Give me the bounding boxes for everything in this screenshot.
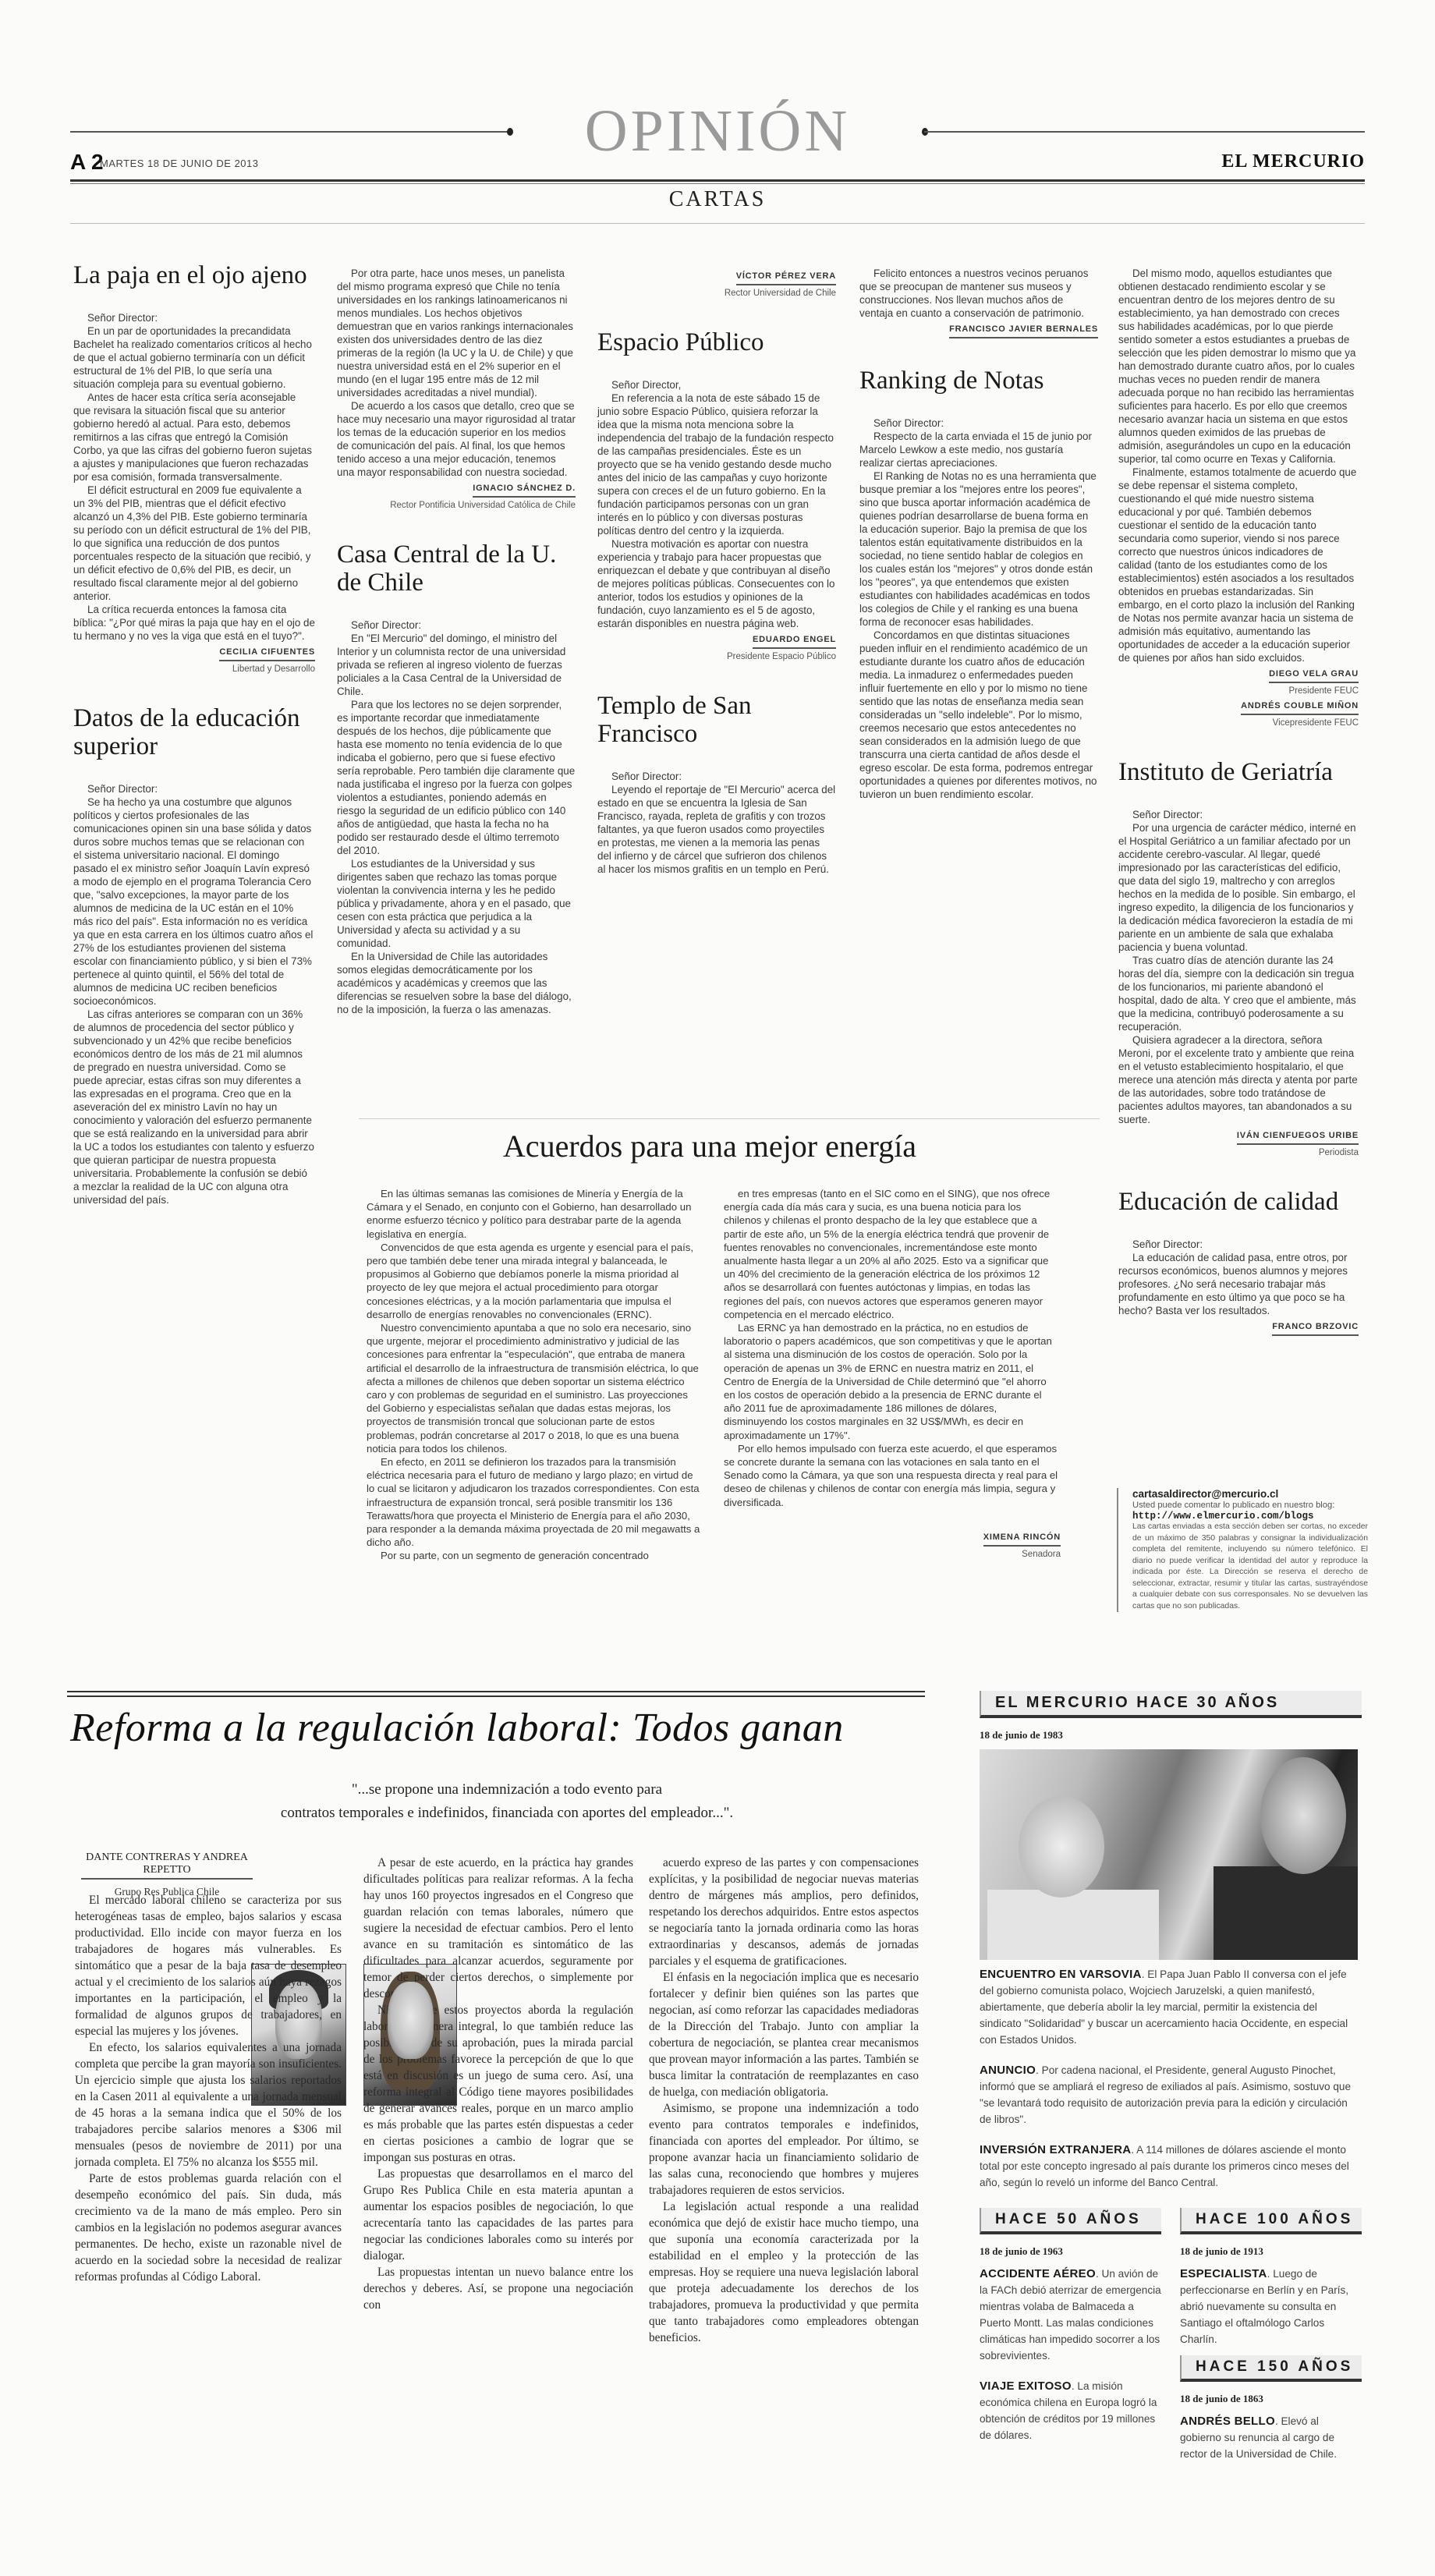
history-date: 18 de junio de 1863 bbox=[1180, 2393, 1362, 2405]
editorial-column-1: En las últimas semanas las comisiones de… bbox=[367, 1187, 702, 1563]
letter-templo-cont: Felicito entonces a nuestros vecinos per… bbox=[859, 267, 1098, 338]
author-name: FRANCISCO JAVIER BERNALES bbox=[949, 323, 1098, 338]
letter-ranking-cont: Del mismo modo, aquellos estudiantes que… bbox=[1118, 267, 1359, 730]
letter-salutation: Señor Director: bbox=[1118, 808, 1359, 821]
photo-figure-general bbox=[1260, 1757, 1346, 1874]
letter-casa: Casa Central de la U. de Chile Señor Dir… bbox=[337, 540, 576, 1016]
photo-figure-pope bbox=[1019, 1796, 1104, 1897]
labor-column-3: acuerdo expreso de las partes y con comp… bbox=[649, 1855, 919, 2346]
history-keyword: ANDRÉS BELLO bbox=[1180, 2415, 1275, 2428]
labor-column-1: El mercado laboral chileno se caracteriz… bbox=[75, 1892, 342, 2285]
author-name: FRANCO BRZOVIC bbox=[1272, 1320, 1359, 1336]
letter-paragraph: El Ranking de Notas no es una herramient… bbox=[859, 469, 1098, 629]
letter-paragraph: Respecto de la carta enviada el 15 de ju… bbox=[859, 430, 1098, 469]
editorial-paragraph: Nuestro convencimiento apuntaba a que no… bbox=[367, 1321, 702, 1455]
pull-quote-line: contratos temporales e indefinidos, fina… bbox=[117, 1802, 897, 1825]
letter-paragraph: Del mismo modo, aquellos estudiantes que… bbox=[1118, 267, 1359, 466]
history-keyword: ESPECIALISTA bbox=[1180, 2267, 1267, 2280]
author-name: DIEGO VELA GRAU bbox=[1269, 668, 1359, 683]
masthead-bottom-rule bbox=[70, 223, 1365, 224]
masthead: OPINIÓN A 2 MARTES 18 DE JUNIO DE 2013 E… bbox=[70, 94, 1365, 226]
labor-pull-quote: "...se propone una indemnización a todo … bbox=[117, 1778, 897, 1825]
labor-headline: Reforma a la regulación laboral: Todos g… bbox=[70, 1705, 928, 1751]
letter-paragraph: Para que los lectores no se dejen sorpre… bbox=[337, 698, 576, 857]
letter-salutation: Señor Director: bbox=[1118, 1238, 1359, 1251]
history-text: . Un avión de la FACh debió aterrizar de… bbox=[980, 2268, 1161, 2362]
history-item: ENCUENTRO EN VARSOVIA. El Papa Juan Pabl… bbox=[980, 1966, 1362, 2048]
history-text: . Por cadena nacional, el Presidente, ge… bbox=[980, 2064, 1351, 2125]
contact-email-link[interactable]: cartasaldirector@mercurio.cl bbox=[1132, 1488, 1368, 1500]
letter-headline: Datos de la educación superior bbox=[73, 704, 315, 760]
author-name: EDUARDO ENGEL bbox=[753, 633, 836, 649]
labor-paragraph: Parte de estos problemas guarda relación… bbox=[75, 2170, 342, 2285]
letter-paragraph: Por una urgencia de carácter médico, int… bbox=[1118, 821, 1359, 954]
letter-paragraph: Tras cuatro días de atención durante las… bbox=[1118, 954, 1359, 1033]
editorial-paragraph: En las últimas semanas las comisiones de… bbox=[367, 1187, 702, 1241]
history-keyword: ENCUENTRO EN VARSOVIA bbox=[980, 1968, 1142, 1981]
letter-signature: IGNACIO SÁNCHEZ D. Rector Pontificia Uni… bbox=[337, 480, 576, 512]
author-role: Presidente Espacio Público bbox=[597, 650, 836, 664]
labor-paragraph: Las propuestas que desarrollamos en el m… bbox=[363, 2166, 633, 2264]
history-item: VIAJE EXITOSO. La misión económica chile… bbox=[980, 2378, 1161, 2443]
author-name: CECILIA CIFUENTES bbox=[219, 646, 315, 661]
letter-paragraph: En referencia a la nota de este sábado 1… bbox=[597, 392, 836, 537]
letter-paragraph: Leyendo el reportaje de "El Mercurio" ac… bbox=[597, 783, 836, 876]
letter-paragraph: Antes de hacer esta crítica sería aconse… bbox=[73, 391, 315, 484]
editorial-paragraph: Las ERNC ya han demostrado en la práctic… bbox=[724, 1321, 1061, 1442]
letter-paragraph: El déficit estructural en 2009 fue equiv… bbox=[73, 484, 315, 603]
history-item: ESPECIALISTA. Luego de perfeccionarse en… bbox=[1180, 2266, 1362, 2347]
letter-signature: FRANCISCO JAVIER BERNALES bbox=[859, 321, 1098, 338]
letter-educacion: Educación de calidad Señor Director: La … bbox=[1118, 1188, 1359, 1336]
letter-paragraph: Nuestra motivación es aportar con nuestr… bbox=[597, 537, 836, 630]
labor-paragraph: Las propuestas intentan un nuevo balance… bbox=[363, 2264, 633, 2313]
letter-salutation: Señor Director: bbox=[73, 311, 315, 324]
photo-face bbox=[388, 1982, 434, 2059]
letters-column-3: VÍCTOR PÉREZ VERA Rector Universidad de … bbox=[597, 267, 836, 904]
labor-paragraph: acuerdo expreso de las partes y con comp… bbox=[649, 1855, 919, 1969]
newspaper-page: OPINIÓN A 2 MARTES 18 DE JUNIO DE 2013 E… bbox=[0, 0, 1435, 2576]
pull-quote-line: "...se propone una indemnización a todo … bbox=[117, 1778, 897, 1802]
letter-datos-cont: Por otra parte, hace unos meses, un pane… bbox=[337, 267, 576, 512]
author-role: Periodista bbox=[1118, 1146, 1359, 1160]
letter-salutation: Señor Director: bbox=[73, 782, 315, 795]
letter-paragraph: Los estudiantes de la Universidad y sus … bbox=[337, 857, 576, 950]
letter-paja: La paja en el ojo ajeno Señor Director: … bbox=[73, 261, 315, 676]
letter-salutation: Señor Director: bbox=[337, 618, 576, 632]
labor-paragraph: En efecto, los salarios equivalentes a u… bbox=[75, 2039, 342, 2170]
labor-paragraph: El énfasis en la negociación implica que… bbox=[649, 1969, 919, 2100]
letter-headline: Espacio Público bbox=[597, 328, 836, 356]
letter-paragraph: En la Universidad de Chile las autoridad… bbox=[337, 950, 576, 1016]
labor-top-rule bbox=[67, 1691, 925, 1697]
author-role: Rector Pontificia Universidad Católica d… bbox=[337, 499, 576, 512]
editorial-paragraph: Por ello hemos impulsado con fuerza este… bbox=[724, 1442, 1061, 1509]
history-grid: HACE 50 AÑOS 18 de junio de 1963 ACCIDEN… bbox=[980, 2208, 1362, 2462]
newspaper-brand: EL MERCURIO bbox=[1221, 151, 1365, 172]
letters-policy: Las cartas enviadas a esta sección deben… bbox=[1132, 1522, 1368, 1612]
history-date: 18 de junio de 1913 bbox=[1180, 2245, 1362, 2258]
history-header-30: EL MERCURIO HACE 30 AÑOS bbox=[980, 1691, 1362, 1718]
history-date: 18 de junio de 1983 bbox=[980, 1729, 1362, 1742]
author-role: Rector Universidad de Chile bbox=[597, 287, 836, 300]
letter-paragraph: Concordamos en que distintas situaciones… bbox=[859, 629, 1098, 801]
editorial-signature: XIMENA RINCÓN Senadora bbox=[724, 1529, 1061, 1561]
history-keyword: VIAJE EXITOSO bbox=[980, 2379, 1072, 2393]
letter-paragraph: En un par de oportunidades la precandida… bbox=[73, 324, 315, 391]
letter-paragraph: De acuerdo a los casos que detallo, creo… bbox=[337, 399, 576, 479]
author-role: Libertad y Desarrollo bbox=[73, 663, 315, 676]
photo-figure-pope-robe bbox=[987, 1890, 1159, 1960]
letter-paragraph: En "El Mercurio" del domingo, el ministr… bbox=[337, 632, 576, 698]
blog-url-link[interactable]: http://www.elmercurio.com/blogs bbox=[1132, 1511, 1368, 1522]
letter-paragraph: La educación de calidad pasa, entre otro… bbox=[1118, 1251, 1359, 1317]
letter-headline: Casa Central de la U. de Chile bbox=[337, 540, 576, 597]
letter-headline: Templo de San Francisco bbox=[597, 692, 836, 748]
labor-byline: DANTE CONTRERAS Y ANDREA REPETTO Grupo R… bbox=[81, 1851, 253, 1898]
history-header-100: HACE 100 AÑOS bbox=[1180, 2208, 1362, 2234]
author-role: Presidente FEUC bbox=[1118, 685, 1359, 698]
author-name: IVÁN CIENFUEGOS URIBE bbox=[1237, 1129, 1359, 1145]
editorial-paragraph: en tres empresas (tanto en el SIC como e… bbox=[724, 1187, 1061, 1321]
editorial-paragraph: En efecto, en 2011 se definieron los tra… bbox=[367, 1455, 702, 1549]
author-role: Senadora bbox=[724, 1548, 1061, 1561]
history-50-years: HACE 50 AÑOS 18 de junio de 1963 ACCIDEN… bbox=[980, 2208, 1161, 2462]
masthead-rule-right bbox=[924, 131, 1365, 133]
labor-paragraph: El mercado laboral chileno se caracteriz… bbox=[75, 1892, 342, 2039]
blog-note: Usted puede comentar lo publicado en nue… bbox=[1132, 1500, 1368, 1511]
letters-column-5: Del mismo modo, aquellos estudiantes que… bbox=[1118, 267, 1359, 1364]
letter-paragraph: Las cifras anteriores se comparan con un… bbox=[73, 1008, 315, 1207]
history-header-50: HACE 50 AÑOS bbox=[980, 2208, 1161, 2234]
history-column: EL MERCURIO HACE 30 AÑOS 18 de junio de … bbox=[980, 1691, 1362, 2462]
letter-datos: Datos de la educación superior Señor Dir… bbox=[73, 704, 315, 1207]
history-date: 18 de junio de 1963 bbox=[980, 2245, 1161, 2258]
editorial-headline: Acuerdos para una mejor energía bbox=[367, 1128, 1053, 1164]
editorial-top-rule bbox=[359, 1118, 1100, 1119]
letter-salutation: Señor Director, bbox=[597, 378, 836, 392]
letter-paragraph: Quisiera agradecer a la directora, señor… bbox=[1118, 1033, 1359, 1126]
subsection-title: CARTAS bbox=[70, 187, 1365, 212]
history-keyword: INVERSIÓN EXTRANJERA bbox=[980, 2143, 1131, 2156]
history-item: ANDRÉS BELLO. Elevó al gobierno su renun… bbox=[1180, 2413, 1362, 2462]
contact-box: cartasaldirector@mercurio.cl Usted puede… bbox=[1117, 1488, 1368, 1612]
letter-headline: Instituto de Geriatría bbox=[1118, 758, 1359, 786]
letter-headline: La paja en el ojo ajeno bbox=[73, 261, 315, 289]
letter-geriatria: Instituto de Geriatría Señor Director: P… bbox=[1118, 758, 1359, 1160]
history-item: ACCIDENTE AÉREO. Un avión de la FACh deb… bbox=[980, 2266, 1161, 2364]
letter-salutation: Señor Director: bbox=[859, 416, 1098, 430]
history-item: INVERSIÓN EXTRANJERA. A 114 millones de … bbox=[980, 2142, 1362, 2191]
editorial-paragraph: Convencidos de que esta agenda es urgent… bbox=[367, 1241, 702, 1321]
letter-headline: Educación de calidad bbox=[1118, 1188, 1359, 1216]
history-item: ANUNCIO. Por cadena nacional, el Preside… bbox=[980, 2062, 1362, 2128]
author-name: IGNACIO SÁNCHEZ D. bbox=[473, 482, 576, 498]
letter-headline: Ranking de Notas bbox=[859, 367, 1098, 395]
letters-column-1: La paja en el ojo ajeno Señor Director: … bbox=[73, 261, 315, 1235]
letter-signature: IVÁN CIENFUEGOS URIBE Periodista bbox=[1118, 1128, 1359, 1160]
author-name: DANTE CONTRERAS Y ANDREA REPETTO bbox=[81, 1851, 253, 1880]
letter-espacio: Espacio Público Señor Director, En refer… bbox=[597, 328, 836, 664]
letters-column-4: Felicito entonces a nuestros vecinos per… bbox=[859, 267, 1098, 829]
letter-paragraph: La crítica recuerda entonces la famosa c… bbox=[73, 603, 315, 643]
letter-signature: CECILIA CIFUENTES Libertad y Desarrollo bbox=[73, 644, 315, 676]
history-header-150: HACE 150 AÑOS bbox=[1180, 2355, 1362, 2382]
photo-figure-uniform bbox=[1214, 1866, 1358, 1960]
letter-signature: FRANCO BRZOVIC bbox=[1118, 1319, 1359, 1336]
letter-paragraph: Finalmente, estamos totalmente de acuerd… bbox=[1118, 466, 1359, 664]
history-keyword: ANUNCIO bbox=[980, 2064, 1036, 2077]
author-role: Vicepresidente FEUC bbox=[1118, 717, 1359, 730]
letter-casa-sig: VÍCTOR PÉREZ VERA Rector Universidad de … bbox=[597, 268, 836, 300]
author-name: ANDRÉS COUBLE MIÑON bbox=[1241, 700, 1359, 715]
masthead-double-rule bbox=[70, 179, 1365, 184]
letter-signature: EDUARDO ENGEL Presidente Espacio Público bbox=[597, 632, 836, 664]
letter-signature: DIEGO VELA GRAU Presidente FEUC ANDRÉS C… bbox=[1118, 666, 1359, 730]
labor-paragraph: Asimismo, se propone una indemnización a… bbox=[649, 2100, 919, 2199]
letter-templo: Templo de San Francisco Señor Director: … bbox=[597, 692, 836, 876]
letter-paragraph: Por otra parte, hace unos meses, un pane… bbox=[337, 267, 576, 399]
editorial-column-2: en tres empresas (tanto en el SIC como e… bbox=[724, 1187, 1061, 1561]
letter-ranking: Ranking de Notas Señor Director: Respect… bbox=[859, 367, 1098, 801]
author-name: VÍCTOR PÉREZ VERA bbox=[736, 270, 836, 285]
labor-paragraph: A pesar de este acuerdo, en la práctica … bbox=[363, 1855, 633, 2002]
labor-paragraph: La legislación actual responde a una rea… bbox=[649, 2199, 919, 2346]
history-photo-varsovia bbox=[980, 1749, 1358, 1960]
history-keyword: ACCIDENTE AÉREO bbox=[980, 2267, 1096, 2280]
labor-column-2: A pesar de este acuerdo, en la práctica … bbox=[363, 1855, 633, 2313]
letter-paragraph: Felicito entonces a nuestros vecinos per… bbox=[859, 267, 1098, 320]
page-number: A 2 bbox=[70, 150, 104, 175]
issue-date: MARTES 18 DE JUNIO DE 2013 bbox=[100, 158, 259, 169]
letter-signature: VÍCTOR PÉREZ VERA Rector Universidad de … bbox=[597, 268, 836, 300]
letter-salutation: Señor Director: bbox=[597, 770, 836, 783]
author-name: XIMENA RINCÓN bbox=[983, 1531, 1061, 1547]
editorial-paragraph: Por su parte, con un segmento de generac… bbox=[367, 1549, 702, 1562]
history-100-150-years: HACE 100 AÑOS 18 de junio de 1913 ESPECI… bbox=[1180, 2208, 1362, 2462]
letters-column-2: Por otra parte, hace unos meses, un pane… bbox=[337, 267, 576, 1044]
letter-paragraph: Se ha hecho ya una costumbre que algunos… bbox=[73, 795, 315, 1008]
